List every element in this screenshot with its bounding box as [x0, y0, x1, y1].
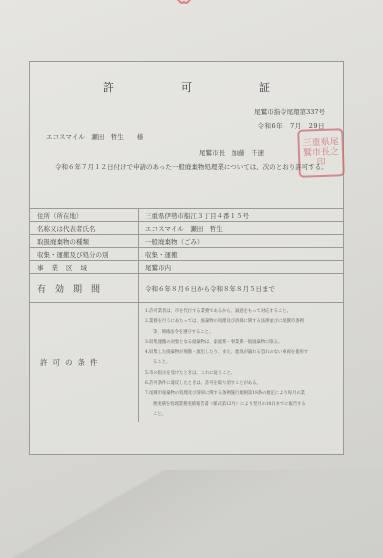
condition-text: 5.市の指示を受けたときは、これに従うこと。 — [145, 371, 235, 376]
permit-document: 許 可 証 尾鷲市指令尾環第337号 令和6年 7月 29日 エコスマイル 瀬田… — [29, 61, 344, 455]
condition-text: 2.業務を行うにあたっては、廃棄物の処理及び清掃に関する法律並びに尾鷲市条例 — [145, 319, 304, 324]
condition-text: 4.収集した廃棄物が飛散・流出したり、また、悪臭が漏れる恐れのない車両を使用す — [145, 350, 308, 355]
row-label: 事業区域 — [30, 261, 139, 274]
row-value: 一般廃棄物（ごみ） — [139, 235, 344, 248]
document-title: 許 可 証 — [30, 79, 343, 95]
permit-statement: 令和６年７月１２日付けで申請のあった一般廃棄物処理業については、次のとおり許可す… — [46, 161, 336, 174]
condition-item: 7.尾鷲市廃棄物の処理及び清掃に関する条例施行規則第19条の規定により毎月の業務… — [145, 389, 337, 420]
condition-item: 1.許可業者は、市を代行する業務であるから、誠意をもって対応すること。 — [145, 307, 337, 317]
period-label: 有効期間 — [30, 274, 139, 303]
condition-item: 2.業務を行うにあたっては、廃棄物の処理及び清掃に関する法律並びに尾鷲市条例等、… — [145, 317, 337, 338]
addressee: エコスマイル 瀬田 哲生 様 — [46, 132, 143, 141]
validity-period-row: 有効期間 令和６年８月６日から令和８年８月５日まで — [30, 274, 343, 303]
condition-text: 6.許可条件に違反したときは、許可を取り消すことがある。 — [145, 381, 261, 386]
document-number: 尾鷲市指令尾環第337号 — [254, 107, 325, 116]
condition-text: 7.尾鷲市廃棄物の処理及び清掃に関する条例施行規則第19条の規定により毎月の業 — [145, 391, 305, 396]
condition-item: 3.収集運搬の対象となる廃棄物は、家庭系・事業系一般廃棄物に限る。 — [145, 338, 337, 348]
row-label: 住所（所在地） — [30, 209, 139, 222]
row-value: エコスマイル 瀬田 哲生 — [139, 222, 344, 235]
condition-item: 5.市の指示を受けたときは、これに従うこと。 — [145, 369, 337, 379]
condition-item: 6.許可条件に違反したときは、許可を取り消すことがある。 — [145, 379, 337, 389]
row-label: 名称又は代表者氏名 — [30, 222, 139, 235]
row-label: 収集・運搬及び処分の別 — [30, 248, 139, 261]
period-value: 令和６年８月６日から令和８年８月５日まで — [139, 274, 344, 303]
red-seal-mark-icon — [170, 0, 198, 8]
condition-text: 3.収集運搬の対象となる廃棄物は、家庭系・事業系一般廃棄物に限る。 — [145, 340, 282, 345]
conditions-list: 1.許可業者は、市を代行する業務であるから、誠意をもって対応すること。 2.業務… — [145, 303, 337, 422]
conditions-row: 許可の条件 1.許可業者は、市を代行する業務であるから、誠意をもって対応すること… — [30, 303, 343, 423]
table-row: 収集・運搬及び処分の別 収集・運搬 — [30, 248, 343, 261]
table-row: 事業区域 尾鷲市内 — [30, 261, 343, 274]
condition-text-continued: こと。 — [145, 410, 337, 420]
table-row: 取扱廃棄物の種類 一般廃棄物（ごみ） — [30, 235, 343, 248]
condition-item: 4.収集した廃棄物が飛散・流出したり、また、悪臭が漏れる恐れのない車両を使用する… — [145, 348, 337, 369]
permit-details-table: 住所（所在地） 三重県伊勢市船江３丁目４番１５号 名称又は代表者氏名 エコスマイ… — [30, 208, 343, 422]
condition-text-continued: ること。 — [145, 358, 337, 368]
row-value: 収集・運搬 — [139, 248, 344, 261]
row-label: 取扱廃棄物の種類 — [30, 235, 139, 248]
conditions-list-cell: 1.許可業者は、市を代行する業務であるから、誠意をもって対応すること。 2.業務… — [139, 303, 344, 423]
issuer: 尾鷲市長 加藤 千速 — [199, 148, 264, 157]
row-value: 尾鷲市内 — [139, 261, 344, 274]
condition-text: 1.許可業者は、市を代行する業務であるから、誠意をもって対応すること。 — [145, 309, 291, 314]
condition-text-continued: 務実績を処理業務実績報告書（様式第12号）により翌月の10日までに報告する — [145, 400, 337, 410]
condition-text-continued: 等、関係法令を遵守すること。 — [145, 328, 337, 338]
paper-fold-shadow — [0, 470, 383, 558]
table-row: 名称又は代表者氏名 エコスマイル 瀬田 哲生 — [30, 222, 343, 235]
row-value: 三重県伊勢市船江３丁目４番１５号 — [139, 209, 344, 222]
table-row: 住所（所在地） 三重県伊勢市船江３丁目４番１５号 — [30, 209, 343, 222]
conditions-label: 許可の条件 — [30, 303, 139, 423]
